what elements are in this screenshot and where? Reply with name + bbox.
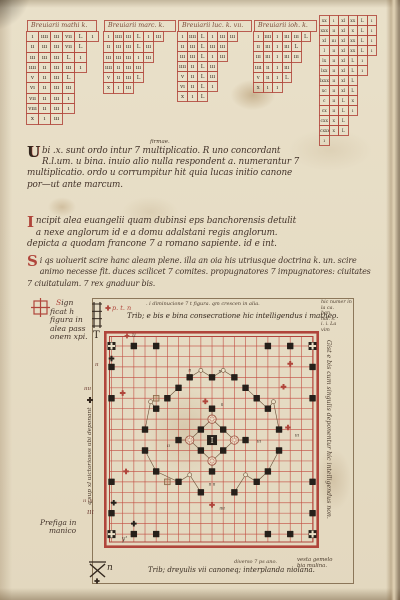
board-note-bottom-right: vesta gemelobia mulina. xyxy=(297,557,332,570)
text-line: bia mulina. xyxy=(297,563,332,569)
game-piece-square xyxy=(164,395,170,401)
text-line: R.l.um. u bina. inuio alio nulla respond… xyxy=(27,157,292,168)
game-piece-square xyxy=(309,364,315,370)
game-piece-square xyxy=(265,406,271,412)
text-line: 7 ciuitatulam. 7 rex gnaduur bis. xyxy=(27,278,358,289)
initial-letter: S xyxy=(27,255,38,267)
margin-letter-T: T xyxy=(93,330,100,341)
tent-apex xyxy=(244,473,248,477)
piece-numeral: ıı ıı xyxy=(209,481,216,486)
margin-note-significat: Signficat hfigura inalea passonem xpi. xyxy=(50,299,88,342)
game-piece-faded xyxy=(153,395,159,401)
piece-numeral: n xyxy=(221,402,224,407)
game-piece-square xyxy=(175,437,181,443)
game-piece-square xyxy=(198,447,204,453)
game-piece-square xyxy=(153,343,159,349)
text-line: manico xyxy=(40,527,76,535)
game-piece-square xyxy=(153,468,159,474)
text-line: i qs uoluerit scire hanc aleam plene. il… xyxy=(27,255,358,266)
game-piece-square xyxy=(175,479,181,485)
game-piece-square xyxy=(287,343,293,349)
game-piece-square xyxy=(276,447,282,453)
game-piece-square xyxy=(231,489,237,495)
paragraph-multiplicatio: U bi .x. sunt ordo intur 7 multiplicatio… xyxy=(27,146,292,191)
red-cross-icon xyxy=(120,390,126,396)
table-cell: ı xyxy=(272,82,283,93)
corner-ornament-cross xyxy=(309,533,316,535)
game-piece-square xyxy=(309,510,315,516)
piece-numeral: ıı xyxy=(167,443,170,448)
red-cross-icon xyxy=(281,384,287,390)
table-cell: ııı xyxy=(143,52,154,63)
corner-ornament-cross xyxy=(108,533,115,535)
red-cross-icon xyxy=(203,399,209,405)
game-piece-square xyxy=(242,385,248,391)
corner-ornament-cross xyxy=(108,345,115,347)
tent-apex xyxy=(271,400,275,404)
tent-apex xyxy=(149,400,153,404)
piece-numeral: ııı xyxy=(257,439,262,444)
margin-numeral: ıı ııı xyxy=(83,498,93,504)
game-piece-square xyxy=(254,479,260,485)
tent-line xyxy=(145,402,151,430)
text-line: vim xyxy=(321,328,352,334)
red-cross-icon xyxy=(287,361,293,367)
piece-numeral: n xyxy=(218,369,221,374)
tent-apex xyxy=(188,473,192,477)
game-piece-square xyxy=(198,489,204,495)
manuscript-photo: Breuiarii mathi k.ııııııııvııLıııııııııv… xyxy=(0,0,400,600)
interlinear-gloss: firmae. xyxy=(150,139,170,145)
game-piece-square xyxy=(309,395,315,401)
game-piece-square xyxy=(265,531,271,537)
canon-table: xxıxlxxLıxxxııxlxLıxlıııxlxxLılııxlxxLıl… xyxy=(320,16,377,146)
game-piece-square xyxy=(175,385,181,391)
king-label: I xyxy=(210,436,213,445)
game-piece-square xyxy=(309,479,315,485)
margin-numeral: ıııı xyxy=(84,386,91,392)
board-caption-small-top: . i diminucione 7 t figura. qm crescen i… xyxy=(146,301,260,307)
board-mark-y: y' xyxy=(122,536,127,543)
table-cell: ııı xyxy=(217,51,228,62)
text-line: multiplicatio. ordo u corrumpitur hit qu… xyxy=(27,168,292,179)
board-caption-bottom: Trib; dreyulis vii canoneq; interplanda … xyxy=(148,566,315,574)
game-piece-square xyxy=(242,437,248,443)
game-piece-square xyxy=(265,343,271,349)
game-piece-square xyxy=(209,406,215,412)
canon-table: Breuiarii marc. k.ııııııııLııııııııııııL… xyxy=(104,20,176,94)
game-piece-square xyxy=(108,479,114,485)
text-line: bi .x. sunt ordo intur 7 multiplicatio. … xyxy=(27,146,292,157)
game-piece-square xyxy=(108,395,114,401)
board-caption-right-vertical: Gist e bis cum singulis deponentur hic i… xyxy=(325,340,332,548)
table-cell: ı xyxy=(74,62,87,73)
canon-table: Breuiarii luc. k. vıı.ıııııLıııııııııııı… xyxy=(178,20,252,102)
table-cell: ı xyxy=(357,65,368,76)
game-piece-faded xyxy=(165,479,171,485)
game-piece-square xyxy=(220,447,226,453)
text-line: onem xpi. xyxy=(50,333,88,342)
text-line: depicta a quodam francone 7 a romano sap… xyxy=(27,239,287,251)
game-piece-square xyxy=(276,426,282,432)
table-row: xıL xyxy=(178,92,252,102)
table-cell: ııı xyxy=(153,31,164,42)
text-line: hic numer in xyxy=(321,300,352,306)
table-cell: L xyxy=(338,125,349,136)
canon-table: Breuiarii mathi k.ııııııııvııLıııııııııv… xyxy=(27,20,99,125)
table-cell: ııı xyxy=(227,31,238,42)
board-note-top-right: hic numer inla ca.han.hal. s.i. i. Lavim xyxy=(321,300,352,333)
margin-numeral: ııı xyxy=(87,508,94,516)
table-cell: ı xyxy=(348,105,359,116)
game-piece-square xyxy=(220,426,226,432)
piece-numeral: ıııı xyxy=(219,505,225,510)
table-row: xıııı xyxy=(27,114,99,124)
piece-numeral: ıı xyxy=(188,368,191,373)
table-cell: ııı xyxy=(123,82,134,93)
game-board: Iııııııı ıınıınııııııı xyxy=(104,331,319,548)
game-piece-square xyxy=(209,468,215,474)
red-cross-icon xyxy=(123,469,129,475)
table-cell: ı xyxy=(86,31,99,42)
table-row: ı xyxy=(320,136,377,146)
paragraph-si-quis: S i qs uoluerit scire hanc aleam plene. … xyxy=(27,255,358,289)
tent-line xyxy=(273,402,279,430)
game-piece-square xyxy=(153,406,159,412)
game-piece-square xyxy=(108,510,114,516)
paragraph-incipit-alea: I ncipit alea euangelii quam dubinsi eps… xyxy=(27,216,287,251)
game-piece-square xyxy=(254,395,260,401)
game-piece-square xyxy=(142,447,148,453)
cross-square-icon xyxy=(34,301,47,314)
board-caption-small-bottom: diverso 7 ps ano. xyxy=(234,559,277,565)
tent-apex xyxy=(199,368,203,372)
piece-numeral: ııı xyxy=(295,432,300,437)
table-cell: L xyxy=(301,31,312,42)
text-line: a nexe anglorum id e a domu adalstani re… xyxy=(27,228,287,240)
text-line: por—ut ante marcum. xyxy=(27,180,292,191)
corner-ornament-cross xyxy=(309,345,316,347)
table-cell: ı xyxy=(319,135,330,146)
tent-apex xyxy=(221,368,225,372)
table-cell: ııı xyxy=(291,51,302,62)
board-caption-top: Trib; e bis e bina consecratione hic int… xyxy=(127,311,338,320)
initial-letter: I xyxy=(27,216,34,228)
black-cross-icon xyxy=(131,521,137,527)
game-piece-square xyxy=(231,374,237,380)
table-cell: L xyxy=(282,72,293,83)
table-cell: ı xyxy=(207,81,218,92)
board-caption-left-vertical: q sup xl uictoriosos ubi deponant xyxy=(87,397,93,505)
table-cell: ııı xyxy=(50,113,63,124)
margin-numeral: ıı xyxy=(95,362,99,368)
game-piece-square xyxy=(108,364,114,370)
game-piece-square xyxy=(186,374,192,380)
text-line: animo necesse fit. duces scilicet 7 comi… xyxy=(27,266,358,277)
text-line: ncipit alea euangelii quam dubinsi eps b… xyxy=(27,216,287,228)
board-mark-u: u xyxy=(132,332,136,339)
initial-letter: U xyxy=(27,146,40,158)
table-cell: ı xyxy=(62,103,75,114)
canon-table: Breuiarii ioh. k.ııııııııııııLıııııııııL… xyxy=(254,20,317,93)
board-mark-n: n xyxy=(107,563,113,573)
table-cell: ı xyxy=(367,45,378,56)
game-piece-square xyxy=(198,426,204,432)
game-piece-square xyxy=(142,426,148,432)
game-piece-square xyxy=(265,468,271,474)
table-row: xıı xyxy=(254,83,317,93)
game-piece-square xyxy=(153,531,159,537)
margin-note-prefiga: Prefiga inmanico xyxy=(40,519,76,536)
game-piece-square xyxy=(209,374,215,380)
game-piece-square xyxy=(131,531,137,537)
table-row: xıııı xyxy=(104,83,176,93)
game-piece-square xyxy=(287,531,293,537)
table-cell: L xyxy=(197,91,208,102)
table-cell: L xyxy=(133,72,144,83)
game-piece-square xyxy=(131,343,137,349)
